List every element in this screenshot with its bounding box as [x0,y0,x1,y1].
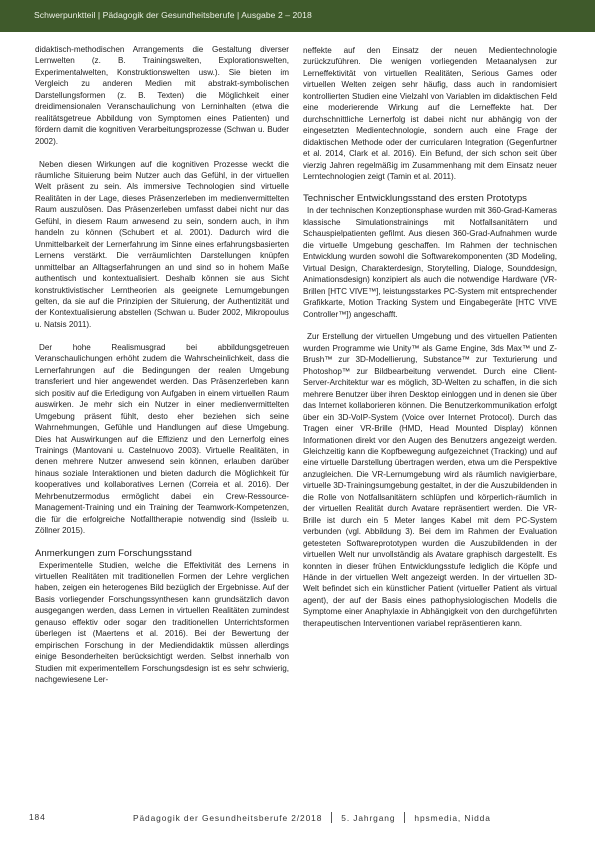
divider [331,812,332,823]
paragraph: neffekte auf den Einsatz der neuen Medie… [303,45,557,182]
page-number: 184 [29,812,46,822]
publisher: hpsmedia, Nidda [414,813,490,823]
right-text-column: neffekte auf den Einsatz der neuen Medie… [303,45,557,629]
volume: 5. Jahrgang [341,813,395,823]
journal-name: Pädagogik der Gesundheitsberufe 2/2018 [133,813,322,823]
section-heading-prototyp: Technischer Entwicklungsstand des ersten… [303,193,557,205]
page-footer: 184 Pädagogik der Gesundheitsberufe 2/20… [0,812,595,832]
section-heading-forschungsstand: Anmerkungen zum Forschungsstand [35,548,289,560]
running-header-bar: Schwerpunktteil | Pädagogik der Gesundhe… [0,0,595,32]
paragraph: Der hohe Realismusgrad bei abbildungsget… [35,342,289,537]
paragraph: In der technischen Konzeptionsphase wurd… [303,205,557,320]
left-text-column: didaktisch-methodischen Arrangements die… [35,44,289,686]
divider [404,812,405,823]
running-header-title: Schwerpunktteil | Pädagogik der Gesundhe… [34,10,312,20]
paragraph: Experimentelle Studien, welche die Effek… [35,560,289,686]
paragraph: didaktisch-methodischen Arrangements die… [35,44,289,147]
paragraph: Zur Erstellung der virtuellen Umgebung u… [303,331,557,629]
footer-citation: Pädagogik der Gesundheitsberufe 2/20185.… [133,812,491,823]
paragraph: Neben diesen Wirkungen auf die kognitive… [35,159,289,331]
